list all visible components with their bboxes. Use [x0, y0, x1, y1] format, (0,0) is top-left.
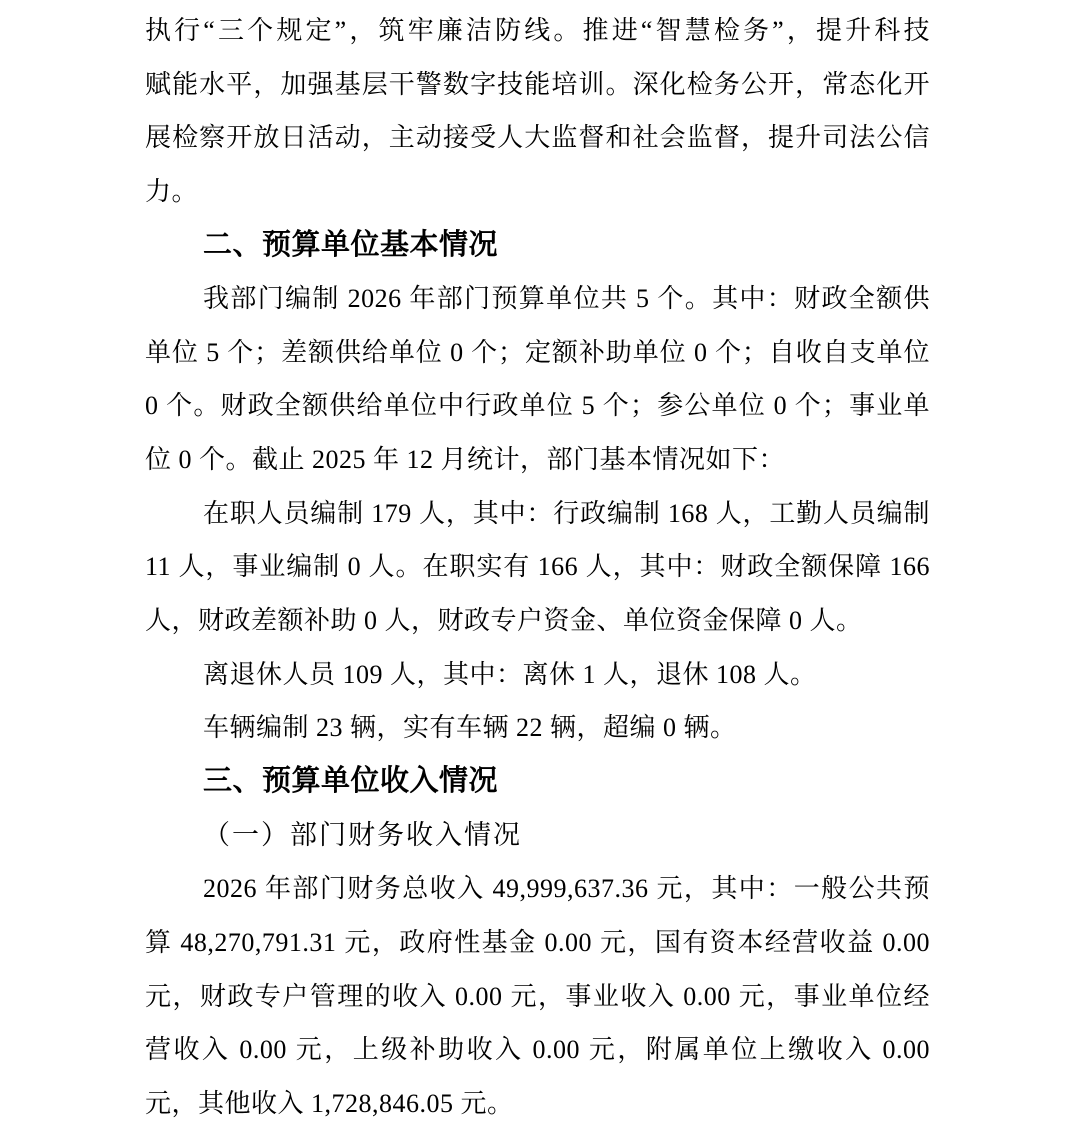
document-page: 执行“三个规定”，筑牢廉洁防线。推进“智慧检务”，提升科技 赋能水平，加强基层干… — [0, 0, 1074, 1129]
body-text-line: 力。 — [145, 165, 930, 219]
subsection-heading: （一）部门财务收入情况 — [145, 809, 930, 863]
continued-paragraph: 执行“三个规定”，筑牢廉洁防线。推进“智慧检务”，提升科技 赋能水平，加强基层干… — [145, 4, 930, 219]
body-text-line: 2026 年部门财务总收入 49,999,637.36 元，其中：一般公共预 — [145, 862, 930, 916]
body-text-line: 元，其他收入 1,728,846.05 元。 — [145, 1077, 930, 1129]
income-paragraph: 2026 年部门财务总收入 49,999,637.36 元，其中：一般公共预 算… — [145, 862, 930, 1129]
body-text-line: 单位 5 个；差额供给单位 0 个；定额补助单位 0 个；自收自支单位 — [145, 326, 930, 380]
body-text-line: 11 人，事业编制 0 人。在职实有 166 人，其中：财政全额保障 166 — [145, 540, 930, 594]
body-text-line: 0 个。财政全额供给单位中行政单位 5 个；参公单位 0 个；事业单 — [145, 379, 930, 433]
section-heading-budget-units: 二、预算单位基本情况 — [145, 219, 930, 273]
section-heading: 二、预算单位基本情况 — [145, 219, 930, 273]
body-text-line: 离退休人员 109 人，其中：离休 1 人，退休 108 人。 — [145, 648, 930, 702]
body-text-line: 营收入 0.00 元，上级补助收入 0.00 元，附属单位上缴收入 0.00 — [145, 1023, 930, 1077]
body-text-line: 位 0 个。截止 2025 年 12 月统计，部门基本情况如下： — [145, 433, 930, 487]
body-text-line: 人，财政差额补助 0 人，财政专户资金、单位资金保障 0 人。 — [145, 594, 930, 648]
document-content: 执行“三个规定”，筑牢廉洁防线。推进“智慧检务”，提升科技 赋能水平，加强基层干… — [145, 4, 930, 1129]
budget-units-paragraph: 我部门编制 2026 年部门预算单位共 5 个。其中：财政全额供给 单位 5 个… — [145, 272, 930, 487]
body-text-line: 车辆编制 23 辆，实有车辆 22 辆，超编 0 辆。 — [145, 701, 930, 755]
body-text-line: 赋能水平，加强基层干警数字技能培训。深化检务公开，常态化开 — [145, 58, 930, 112]
vehicles-paragraph: 车辆编制 23 辆，实有车辆 22 辆，超编 0 辆。 — [145, 701, 930, 755]
body-text-line: 展检察开放日活动，主动接受人大监督和社会监督，提升司法公信 — [145, 111, 930, 165]
section-heading-income: 三、预算单位收入情况 — [145, 755, 930, 809]
body-text-line: 我部门编制 2026 年部门预算单位共 5 个。其中：财政全额供给 — [145, 272, 930, 326]
body-text-line: 算 48,270,791.31 元，政府性基金 0.00 元，国有资本经营收益 … — [145, 916, 930, 970]
body-text-line: 元，财政专户管理的收入 0.00 元，事业收入 0.00 元，事业单位经 — [145, 970, 930, 1024]
body-text-line: 在职人员编制 179 人，其中：行政编制 168 人，工勤人员编制 — [145, 487, 930, 541]
staff-paragraph: 在职人员编制 179 人，其中：行政编制 168 人，工勤人员编制 11 人，事… — [145, 487, 930, 648]
body-text-line: 执行“三个规定”，筑牢廉洁防线。推进“智慧检务”，提升科技 — [145, 4, 930, 58]
retirees-paragraph: 离退休人员 109 人，其中：离休 1 人，退休 108 人。 — [145, 648, 930, 702]
section-heading: 三、预算单位收入情况 — [145, 755, 930, 809]
subsection-heading-finance-income: （一）部门财务收入情况 — [145, 809, 930, 863]
